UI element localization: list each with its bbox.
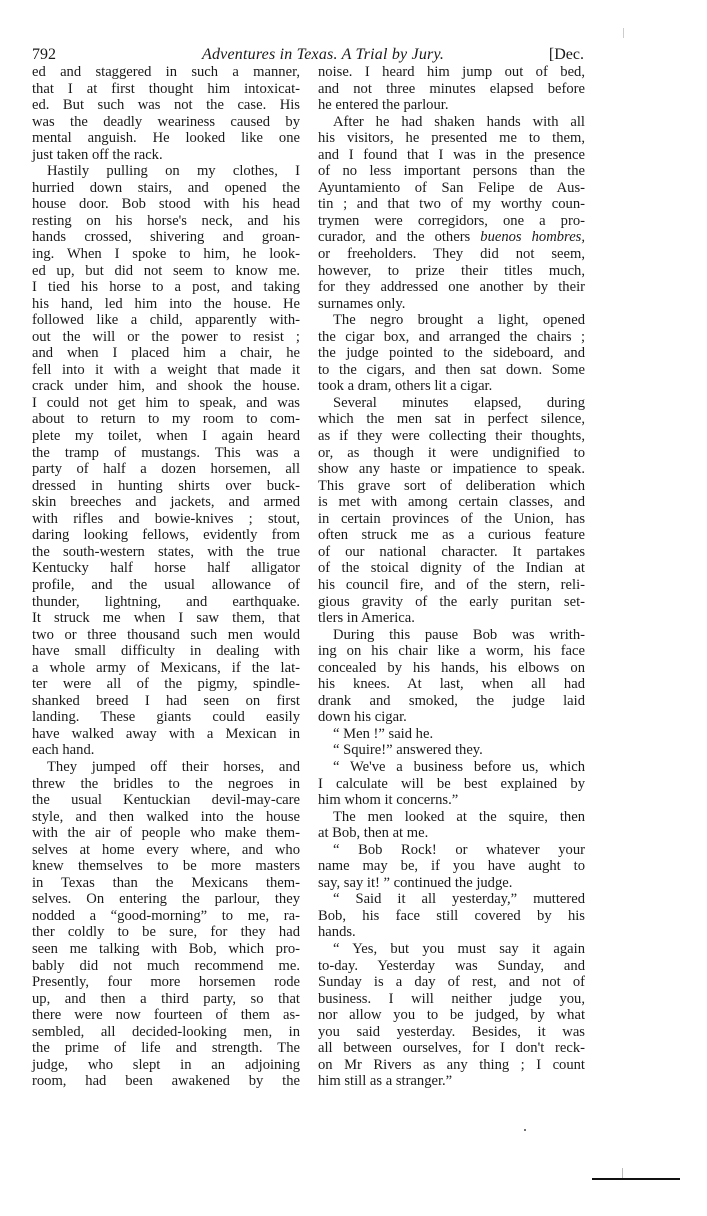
scan-mark	[623, 28, 624, 38]
page-number: 792	[32, 46, 56, 64]
text-line: however, to prize their titles much,	[318, 263, 585, 280]
text-line: mental anguish. He looked like one	[32, 130, 300, 147]
text-line: “ Men !” said he.	[318, 726, 585, 743]
text-line: you said yesterday. Besides, it was	[318, 1024, 585, 1041]
text-line: ing on his chair like a worm, his face	[318, 643, 585, 660]
text-line: After he had shaken hands with all	[318, 114, 585, 131]
text-line: which the men sat in perfect silence,	[318, 411, 585, 428]
text-line: tlers in America.	[318, 610, 585, 627]
text-line: in certain provinces of the Union, has	[318, 511, 585, 528]
text-line: is met with among certain classes, and	[318, 494, 585, 511]
scan-mark	[622, 1168, 623, 1178]
text-line: drank and smoked, the judge laid	[318, 693, 585, 710]
text-line: shanked breed I had seen on first	[32, 693, 300, 710]
text-line: “ We've a business before us, which	[318, 759, 585, 776]
running-title: Adventures in Texas. A Trial by Jury.	[202, 46, 444, 64]
text-line: thunder, lightning, and earthquake.	[32, 594, 300, 611]
text-line: The men looked at the squire, then	[318, 809, 585, 826]
text-line: his hand, led him into the house. He	[32, 296, 300, 313]
text-line: ed up, but did not seem to know me.	[32, 263, 300, 280]
text-line: the cigar box, and arranged the chairs ;	[318, 329, 585, 346]
text-line: his knees. At last, when all had	[318, 676, 585, 693]
left-column: ed and staggered in such a manner,that I…	[32, 64, 300, 1090]
text-line: The negro brought a light, opened	[318, 312, 585, 329]
text-line: sembled, all decided-looking men, in	[32, 1024, 300, 1041]
italic-phrase: buenos hombres,	[480, 229, 585, 245]
text-line: daring looking fellows, evidently from	[32, 527, 300, 544]
text-line: the prime of life and strength. The	[32, 1040, 300, 1057]
text-line: the south-western states, with the true	[32, 544, 300, 561]
text-run: curador, and the others	[318, 229, 480, 245]
text-line: tin ; and that two of my worthy coun-	[318, 196, 585, 213]
text-line: with rifles and bowie-knives ; stout,	[32, 511, 300, 528]
text-line: They jumped off their horses, and	[32, 759, 300, 776]
text-line: Bob, his face still covered by his	[318, 908, 585, 925]
text-line: resting on his horse's neck, and his	[32, 213, 300, 230]
text-line: seen me talking with Bob, which pro-	[32, 941, 300, 958]
text-line: noise. I heard him jump out of bed,	[318, 64, 585, 81]
text-line: ing. When I spoke to him, he look-	[32, 246, 300, 263]
text-line: was the deadly weariness caused by	[32, 114, 300, 131]
text-line: show any haste or impatience to speak.	[318, 461, 585, 478]
text-line: of no less important persons than the	[318, 163, 585, 180]
text-line: and when I placed him a chair, he	[32, 345, 300, 362]
text-line: ter were all of the pigmy, spindle-	[32, 676, 300, 693]
text-line: followed like a child, apparently with-	[32, 312, 300, 329]
text-line: Sunday is a day of rest, and not of	[318, 974, 585, 991]
text-line: with the air of people who make them-	[32, 825, 300, 842]
text-line: out the will or the power to resist ;	[32, 329, 300, 346]
text-line: Several minutes elapsed, during	[318, 395, 585, 412]
text-line: house door. Bob stood with his head	[32, 196, 300, 213]
text-line: Kentucky half horse half alligator	[32, 560, 300, 577]
text-line: name may be, if you have aught to	[318, 858, 585, 875]
text-line: of the stoical dignity of the Indian at	[318, 560, 585, 577]
text-line: “ Yes, but you must say it again	[318, 941, 585, 958]
text-line: just taken off the rack.	[32, 147, 300, 164]
text-line: each hand.	[32, 742, 300, 759]
text-line: threw the bridles to the negroes in	[32, 776, 300, 793]
text-line: all between ourselves, for I don't reck-	[318, 1040, 585, 1057]
text-line: often struck me as a curious feature	[318, 527, 585, 544]
text-line: crack under him, and shook the house.	[32, 378, 300, 395]
text-line: It struck me when I saw them, that	[32, 610, 300, 627]
page-end-rule	[592, 1178, 680, 1180]
running-header: 792 Adventures in Texas. A Trial by Jury…	[32, 46, 584, 66]
text-line: nor allow you to be judged, by what	[318, 1007, 585, 1024]
text-line: curador, and the others buenos hombres,	[318, 229, 585, 246]
text-line: or, as though it were undignified to	[318, 445, 585, 462]
text-line: him whom it concerns.”	[318, 792, 585, 809]
text-line: of our national character. It partakes	[318, 544, 585, 561]
text-line: “ Said it all yesterday,” muttered	[318, 891, 585, 908]
text-line: party of half a dozen horsemen, all	[32, 461, 300, 478]
right-column: noise. I heard him jump out of bed,and n…	[318, 64, 585, 1090]
text-line: at Bob, then at me.	[318, 825, 585, 842]
text-line: I calculate will be best explained by	[318, 776, 585, 793]
text-line: trymen were corregidors, one a pro-	[318, 213, 585, 230]
text-line: style, and then walked into the house	[32, 809, 300, 826]
text-line: concealed by his hands, his elbows on	[318, 660, 585, 677]
text-line: During this pause Bob was writh-	[318, 627, 585, 644]
text-line: for they addressed one another by their	[318, 279, 585, 296]
text-line: gious gravity of the early puritan set-	[318, 594, 585, 611]
text-line: I tied his horse to a post, and taking	[32, 279, 300, 296]
text-line: a whole army of Mexicans, if the lat-	[32, 660, 300, 677]
text-line: or freeholders. They did not seem,	[318, 246, 585, 263]
text-line: as if they were collecting their thought…	[318, 428, 585, 445]
text-line: that I at first thought him intoxicat-	[32, 81, 300, 98]
text-line: landing. These giants could easily	[32, 709, 300, 726]
text-line: and I found that I was in the presence	[318, 147, 585, 164]
scan-speck	[524, 1129, 526, 1131]
text-line: there were now fourteen of them as-	[32, 1007, 300, 1024]
text-line: and not three minutes elapsed before	[318, 81, 585, 98]
text-line: “ Squire!” answered they.	[318, 742, 585, 759]
text-line: up, and then a third party, so that	[32, 991, 300, 1008]
text-line: skin breeches and jackets, and armed	[32, 494, 300, 511]
text-line: in Texas than the Mexicans them-	[32, 875, 300, 892]
text-line: business. I will neither judge you,	[318, 991, 585, 1008]
text-line: the judge pointed to the sideboard, and	[318, 345, 585, 362]
text-line: dressed in hunting shirts over buck-	[32, 478, 300, 495]
text-line: Hastily pulling on my clothes, I	[32, 163, 300, 180]
text-line: hands crossed, shivering and groan-	[32, 229, 300, 246]
text-line: This grave sort of deliberation which	[318, 478, 585, 495]
text-line: ed. But such was not the case. His	[32, 97, 300, 114]
text-line: knew themselves to be more masters	[32, 858, 300, 875]
text-line: he entered the parlour.	[318, 97, 585, 114]
text-line: down his cigar.	[318, 709, 585, 726]
text-line: I could not get him to speak, and was	[32, 395, 300, 412]
text-line: bably did not much recommend me.	[32, 958, 300, 975]
text-line: took a dram, others lit a cigar.	[318, 378, 585, 395]
text-line: selves at home every where, and who	[32, 842, 300, 859]
text-line: ed and staggered in such a manner,	[32, 64, 300, 81]
text-line: to-day. Yesterday was Sunday, and	[318, 958, 585, 975]
text-line: the tramp of mustangs. This was a	[32, 445, 300, 462]
text-line: him still as a stranger.”	[318, 1073, 585, 1090]
text-line: nodded a “good-morning” to me, ra-	[32, 908, 300, 925]
text-line: surnames only.	[318, 296, 585, 313]
text-line: his visitors, he presented me to them,	[318, 130, 585, 147]
text-line: judge, who slept in an adjoining	[32, 1057, 300, 1074]
text-line: ther coldly to be sure, for they had	[32, 924, 300, 941]
running-date: [Dec.	[549, 46, 584, 64]
text-line: Presently, four more horsemen rode	[32, 974, 300, 991]
text-line: about to return to my room to com-	[32, 411, 300, 428]
text-line: two or three thousand such men would	[32, 627, 300, 644]
text-line: “ Bob Rock! or whatever your	[318, 842, 585, 859]
text-line: on Mr Rivers as any thing ; I count	[318, 1057, 585, 1074]
text-line: profile, and the usual allowance of	[32, 577, 300, 594]
text-line: his council fire, and of the stern, reli…	[318, 577, 585, 594]
text-line: say, say it! ” continued the judge.	[318, 875, 585, 892]
text-line: fell into it with a weight that made it	[32, 362, 300, 379]
text-line: Ayuntamiento of San Felipe de Aus-	[318, 180, 585, 197]
text-line: plete my toilet, when I again heard	[32, 428, 300, 445]
text-line: hurried down stairs, and opened the	[32, 180, 300, 197]
text-line: selves. On entering the parlour, they	[32, 891, 300, 908]
text-line: have walked away with a Mexican in	[32, 726, 300, 743]
text-line: the usual Kentuckian devil-may-care	[32, 792, 300, 809]
text-line: to the cigars, and then sat down. Some	[318, 362, 585, 379]
text-line: have small difficulty in dealing with	[32, 643, 300, 660]
text-line: hands.	[318, 924, 585, 941]
text-line: room, had been awakened by the	[32, 1073, 300, 1090]
